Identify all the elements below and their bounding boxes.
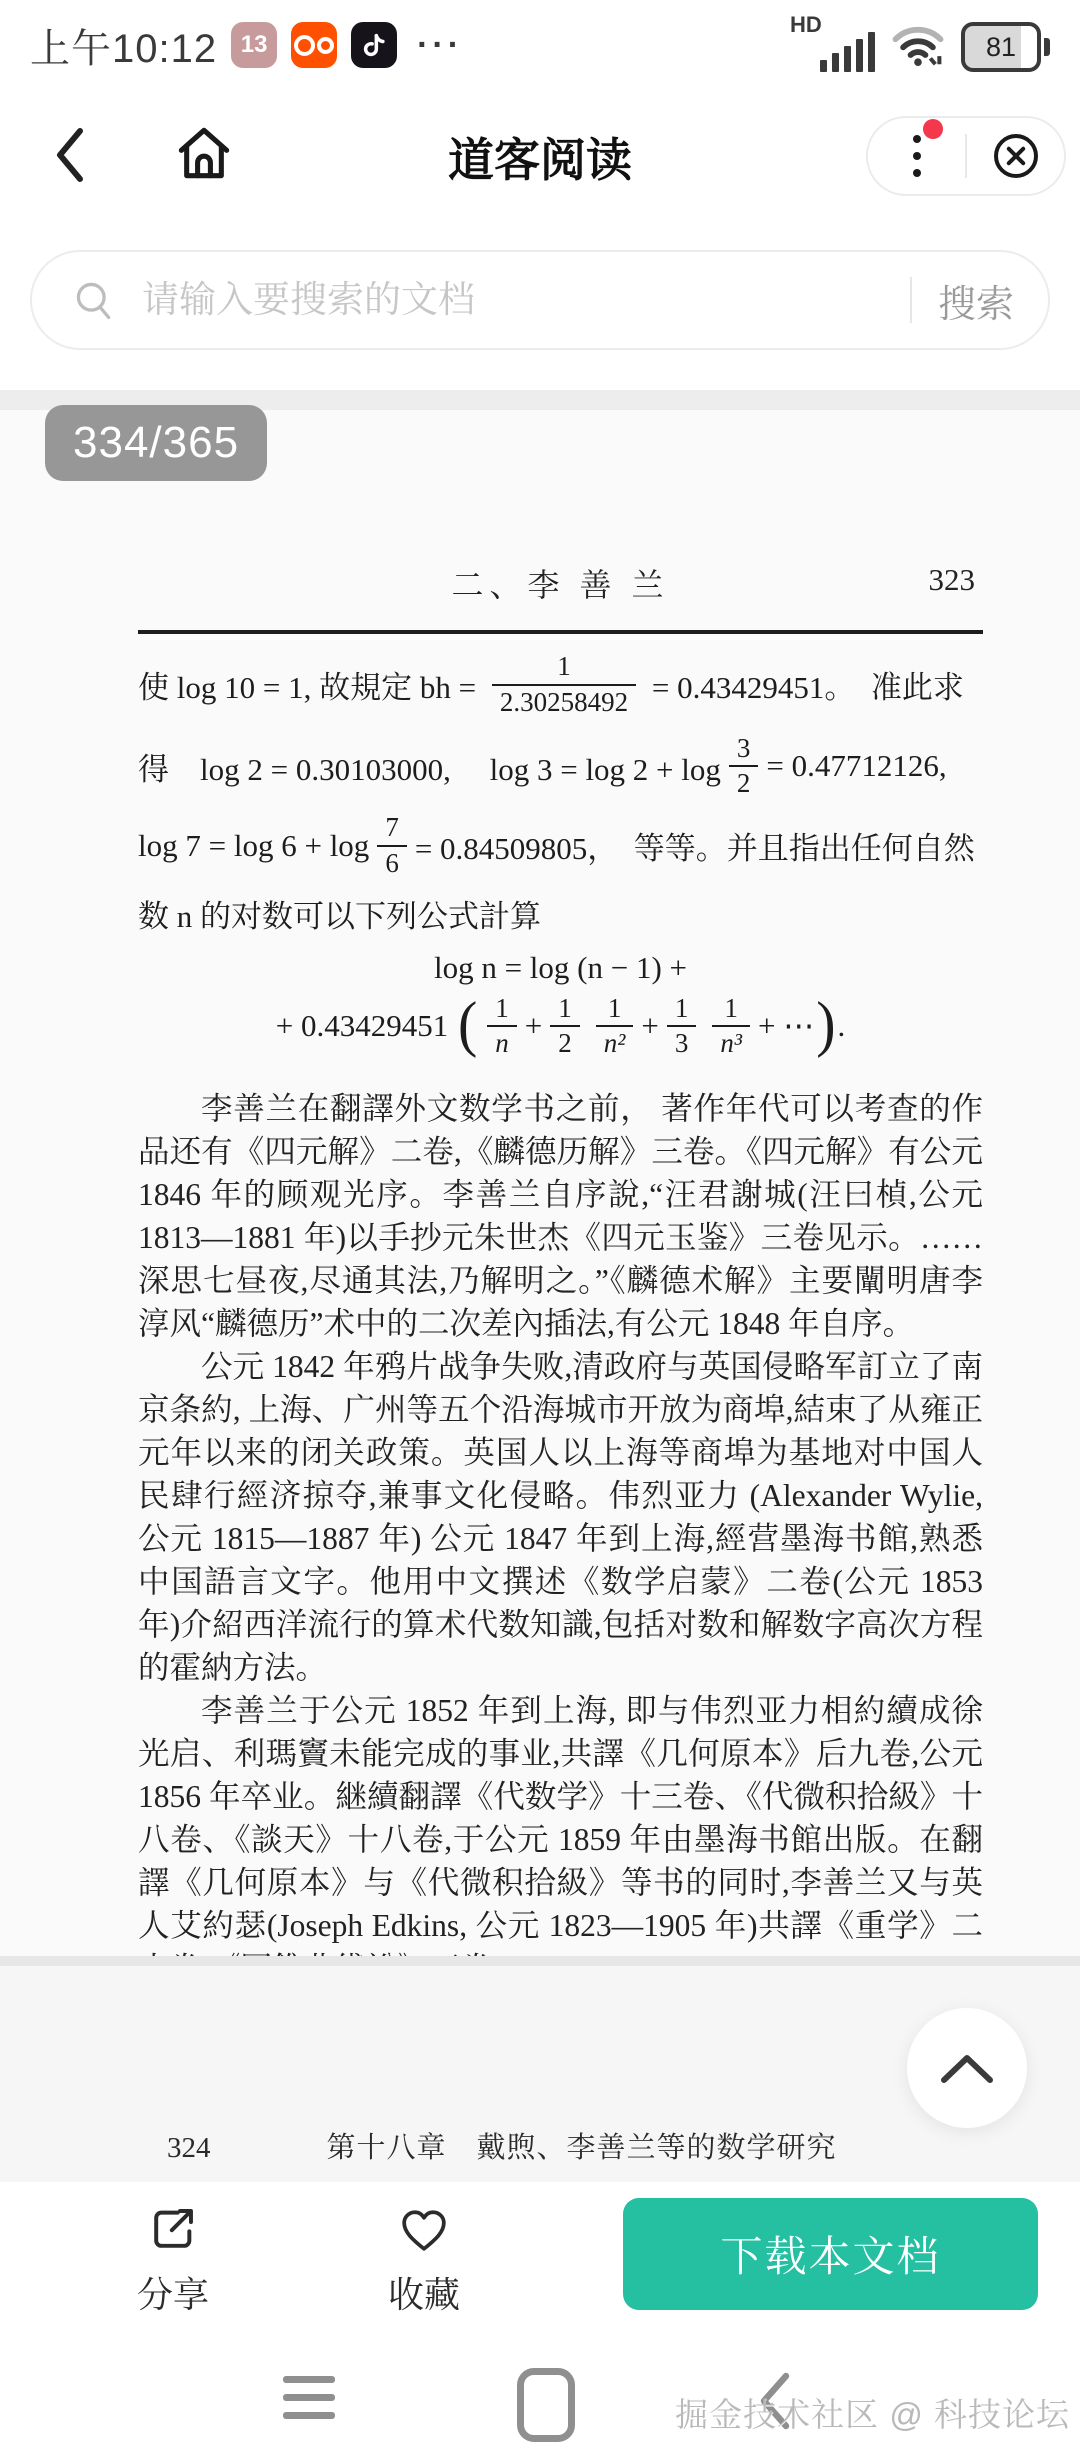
battery-icon: 81 xyxy=(961,22,1050,72)
document-page: 二、李 善 兰 323 使 log 10 = 1, 故規定 bh = 12.30… xyxy=(138,410,983,2076)
fraction: 13 xyxy=(667,992,697,1062)
search-input[interactable] xyxy=(140,278,910,322)
fraction: 32 xyxy=(729,732,759,802)
favorite-label: 收藏 xyxy=(388,2267,460,2318)
status-right: HD 81 xyxy=(820,18,1050,72)
capsule-menu xyxy=(866,116,1066,196)
document-viewer: 334/365 二、李 善 兰 323 使 log 10 = 1, 故規定 bh… xyxy=(0,410,1080,1956)
status-bar: 上午10:12 13 ··· HD xyxy=(0,0,1080,90)
action-bar: 分享 收藏 下载本文档 xyxy=(0,2182,1080,2352)
formula-line-1: 使 log 10 = 1, 故規定 bh = 12.30258492 = 0.4… xyxy=(138,650,983,720)
heart-icon xyxy=(395,2201,453,2257)
more-menu-icon[interactable] xyxy=(868,135,965,177)
header-rule xyxy=(138,630,983,634)
formula-line-6: + 0.43429451 ( 1n + 12 1n² + 13 1n³ xyxy=(138,992,983,1062)
close-icon[interactable] xyxy=(967,132,1064,180)
paragraph: 公元 1842 年鸦片战争失败,清政府与英国侵略军訂立了南京条約, 上海、广州等… xyxy=(138,1345,983,1689)
formula-line-4: 数 n 的对数可以下列公式計算 xyxy=(138,891,983,936)
scroll-to-top-button[interactable] xyxy=(907,2008,1027,2128)
nav-menu-icon[interactable] xyxy=(283,2376,335,2419)
search-section: 搜索 xyxy=(0,220,1080,390)
share-label: 分享 xyxy=(137,2267,209,2318)
douyin-notification-icon xyxy=(351,22,397,68)
hd-label: HD xyxy=(790,12,822,38)
paragraph: 李善兰在翻譯外文数学书之前， 著作年代可以考查的作品还有《四元解》二卷,《麟德历… xyxy=(138,1087,983,1345)
search-button[interactable]: 搜索 xyxy=(912,273,1048,328)
download-button[interactable]: 下载本文档 xyxy=(623,2198,1038,2310)
doc-page-number: 323 xyxy=(929,562,976,598)
watermark: 掘金技术社区 @ 科技论坛 xyxy=(675,2389,1070,2436)
wifi-icon xyxy=(891,23,945,74)
fraction: 12 xyxy=(550,992,580,1062)
nav-home-icon[interactable] xyxy=(517,2368,575,2442)
android-nav-bar: 掘金技术社区 @ 科技论坛 xyxy=(0,2352,1080,2460)
next-page-number: 324 xyxy=(167,2132,211,2165)
screen: 上午10:12 13 ··· HD xyxy=(0,0,1080,2460)
favorite-button[interactable]: 收藏 xyxy=(359,2200,489,2319)
fraction: 1n³ xyxy=(712,992,750,1062)
share-button[interactable]: 分享 xyxy=(108,2200,238,2319)
fraction: 1n² xyxy=(596,992,634,1062)
kuaishou-notification-icon xyxy=(291,22,337,68)
share-icon xyxy=(145,2201,201,2257)
page-gap xyxy=(0,1956,1080,1966)
app-bar: 道客阅读 xyxy=(0,90,1080,221)
calendar-notification-icon: 13 xyxy=(231,22,277,68)
signal-icon: HD xyxy=(820,18,875,72)
next-page-footer: 324 第十八章 戴煦、李善兰等的数学研究 xyxy=(167,2125,837,2166)
chapter-title: 第十八章 戴煦、李善兰等的数学研究 xyxy=(327,2125,837,2166)
chevron-up-icon xyxy=(936,2048,998,2088)
fraction: 12.30258492 xyxy=(492,650,636,720)
status-left: 上午10:12 13 ··· xyxy=(30,17,463,74)
fraction: 1n xyxy=(487,992,517,1062)
paragraph: 李善兰于公元 1852 年到上海, 即与伟烈亚力相約續成徐光启、利瑪竇未能完成的… xyxy=(138,1689,983,1990)
fraction: 76 xyxy=(377,811,407,881)
section-title: 二、李 善 兰 xyxy=(138,560,983,606)
battery-level: 81 xyxy=(961,22,1041,72)
search-icon xyxy=(72,278,116,322)
clock: 上午10:12 xyxy=(30,17,217,74)
document-header: 二、李 善 兰 323 xyxy=(138,560,983,604)
formula-line-2: 得 log 2 = 0.30103000, log 3 = log 2 + lo… xyxy=(138,732,983,802)
formula-line-3: log 7 = log 6 + log 76 = 0.84509805， 等等。… xyxy=(138,811,983,881)
search-bar[interactable]: 搜索 xyxy=(30,250,1050,350)
formula-line-5: log n = log (n − 1) + xyxy=(138,950,983,986)
notification-dot xyxy=(923,119,943,139)
more-notifications-icon: ··· xyxy=(417,26,463,65)
